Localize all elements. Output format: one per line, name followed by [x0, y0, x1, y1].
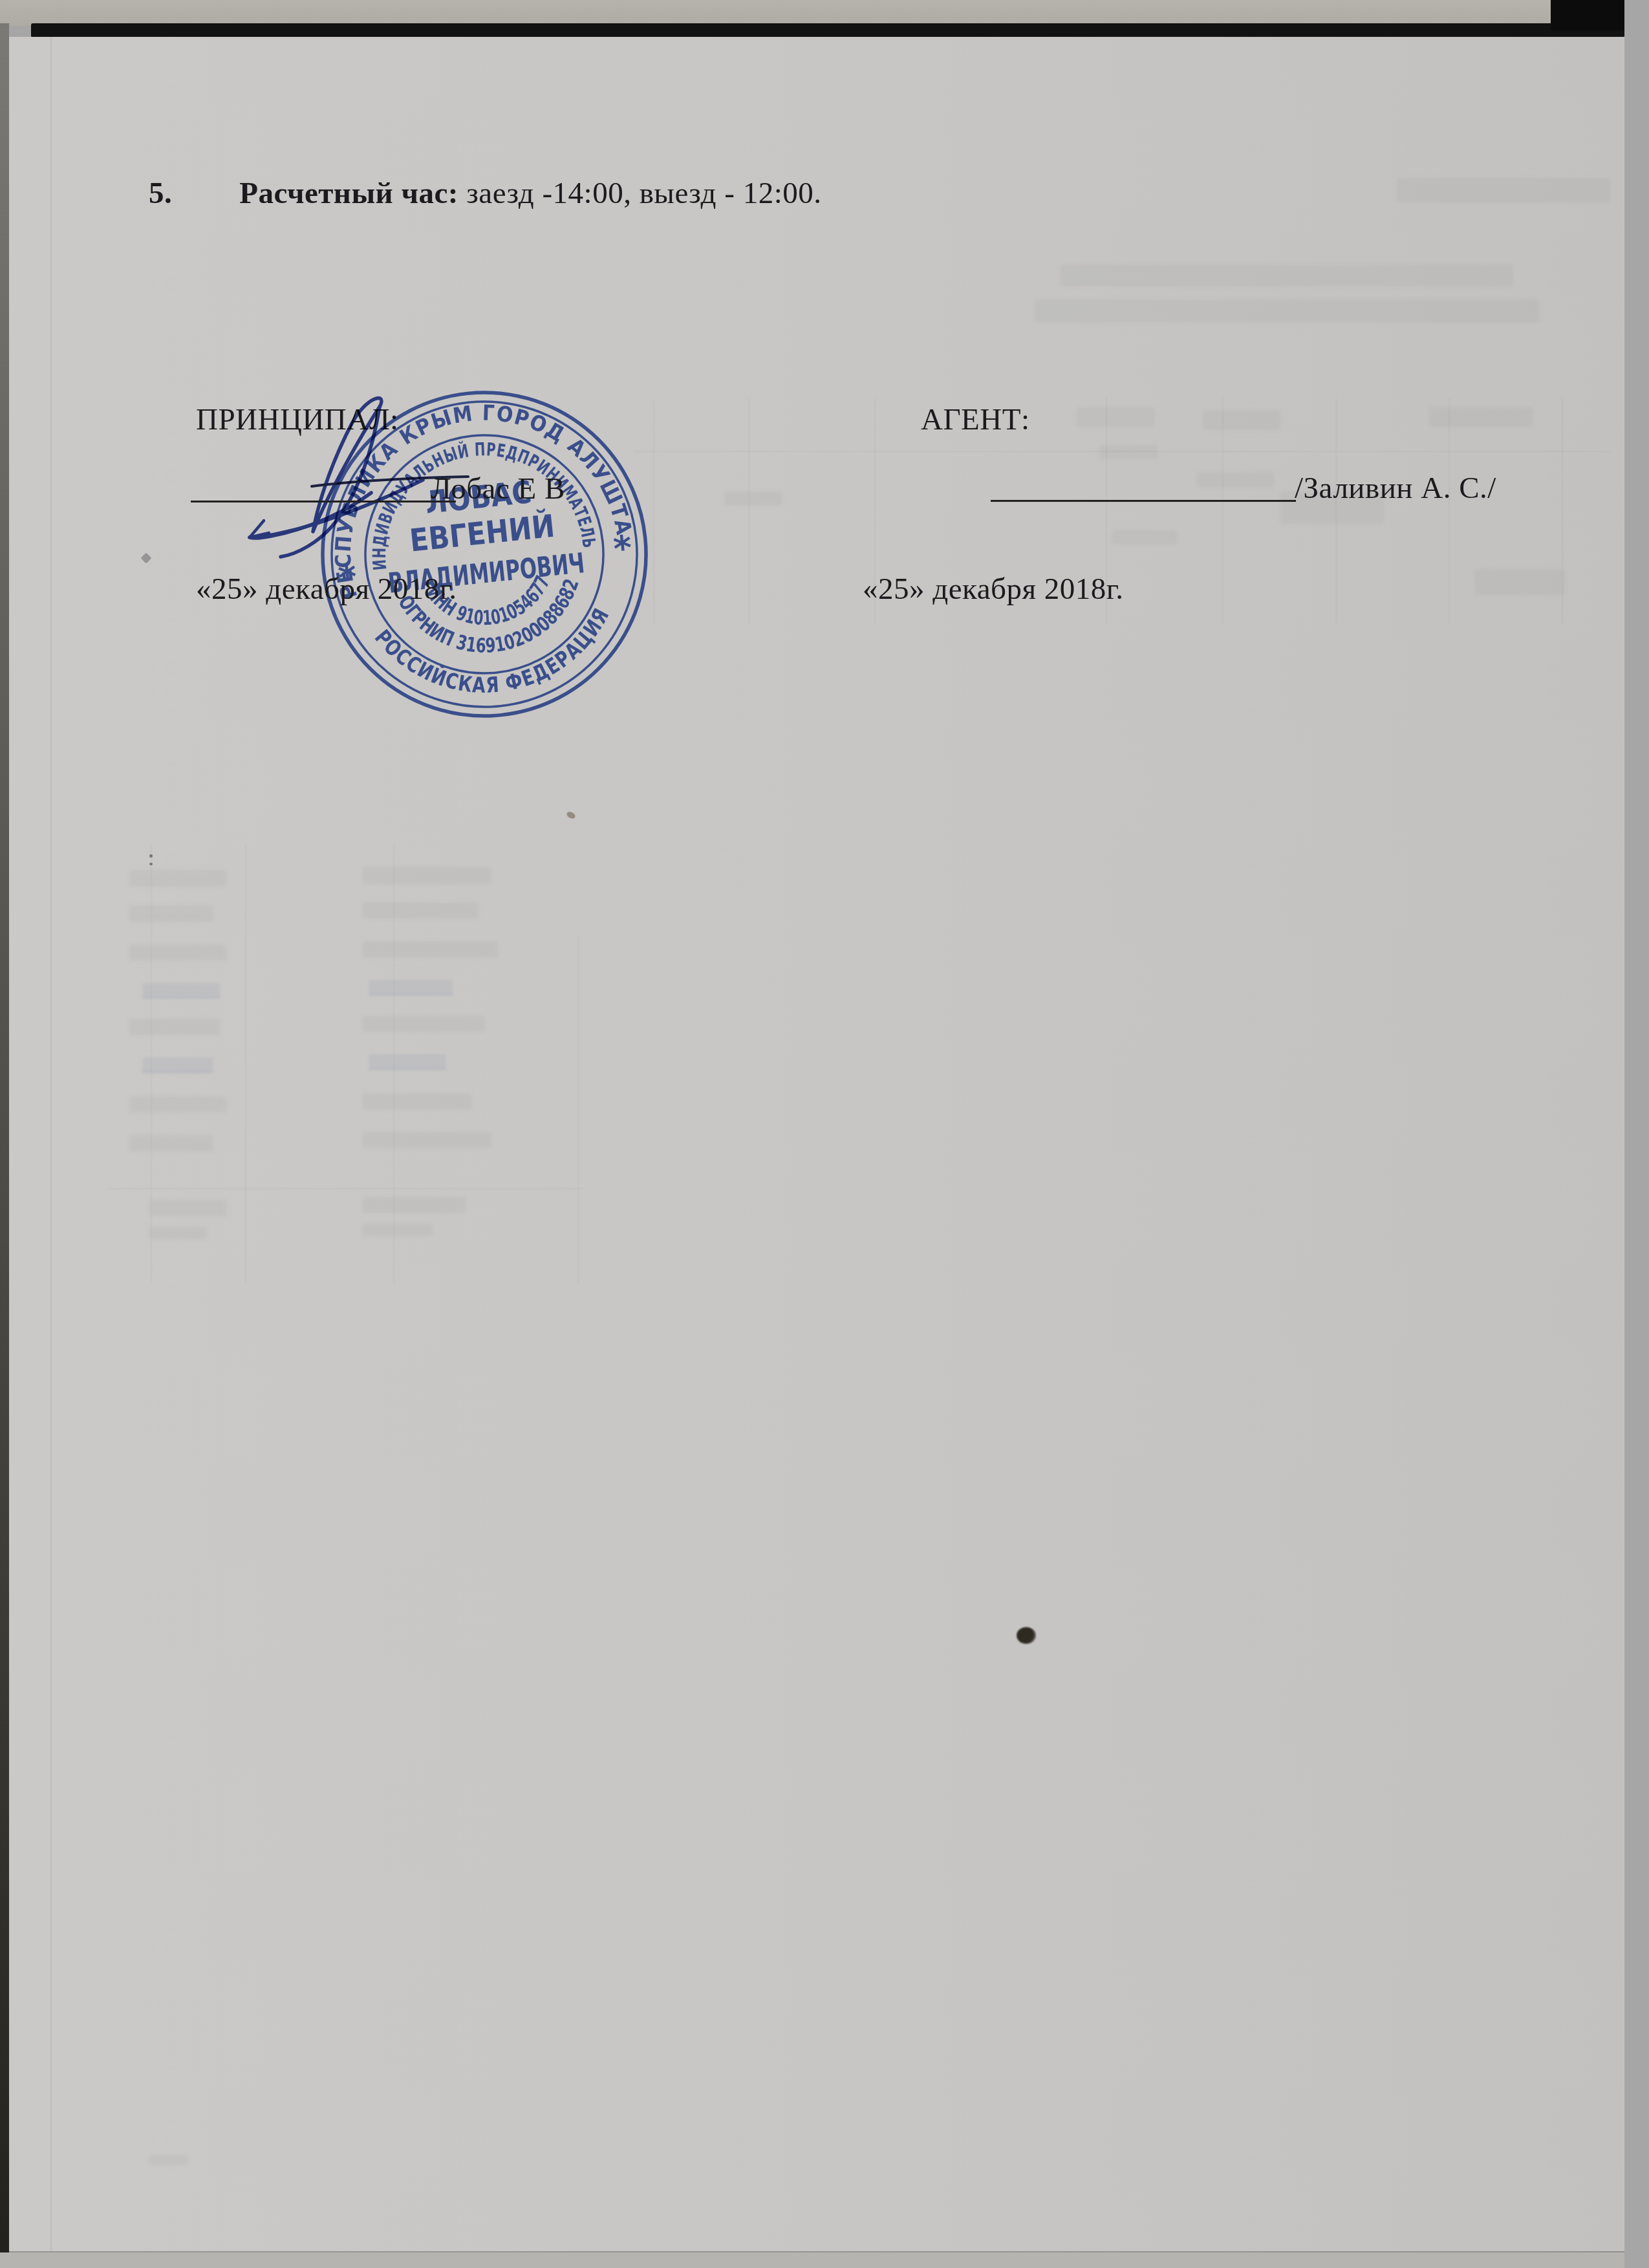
bleedthrough-artifact: [129, 905, 213, 922]
principal-name: Лобас Е В: [431, 471, 565, 506]
clause-text: заезд -14:00, выезд - 12:00.: [458, 177, 822, 210]
bleedthrough-artifact: [149, 2155, 188, 2165]
bleedthrough-artifact: [362, 867, 491, 885]
signature-arrowhead: [250, 521, 269, 537]
signature-stroke: [250, 480, 423, 537]
bleedthrough-artifact: [362, 1093, 472, 1110]
bleedthrough-artifact: [369, 1054, 446, 1070]
dust-speck: [149, 863, 153, 865]
bleedthrough-artifact: [142, 1057, 213, 1073]
bleedthrough-artifact: [362, 1132, 491, 1149]
clause-5-line: 5.Расчетный час: заезд -14:00, выезд - 1…: [149, 176, 821, 211]
scan-corner-black: [1551, 0, 1624, 30]
page-top-shadow: [31, 23, 1624, 38]
bleedthrough-rule: [107, 1188, 585, 1189]
bleedthrough-artifact: [149, 1227, 207, 1240]
bleedthrough-artifact: [724, 491, 782, 506]
bleedthrough-artifact: [129, 1019, 220, 1035]
clause-label: Расчетный час:: [239, 177, 458, 210]
bleedthrough-artifact: [1203, 411, 1280, 430]
bleedthrough-rule: [1449, 398, 1450, 624]
scanner-left-edge: [0, 23, 9, 2252]
bleedthrough-artifact: [1397, 178, 1610, 202]
signature-stroke: [250, 493, 371, 538]
bleedthrough-artifact: [1099, 445, 1158, 459]
dust-speck: [149, 854, 153, 858]
agent-header: АГЕНТ:: [921, 402, 1030, 437]
bleedthrough-artifact: [1112, 530, 1177, 545]
scanned-document: 5.Расчетный час: заезд -14:00, выезд - 1…: [0, 0, 1649, 2268]
bleedthrough-artifact: [1077, 407, 1154, 427]
bleedthrough-artifact: [362, 1015, 485, 1032]
principal-date: «25» декабря 2018г.: [196, 572, 457, 607]
bleedthrough-artifact: [1061, 265, 1513, 286]
bleedthrough-artifact: [362, 1196, 466, 1213]
document-page: 5.Расчетный час: заезд -14:00, выезд - 1…: [9, 37, 1624, 2252]
bleedthrough-rule: [577, 936, 579, 1285]
bleedthrough-artifact: [362, 1224, 433, 1237]
agent-name: /Заливин А. С./: [1295, 471, 1496, 506]
bleedthrough-rule: [245, 844, 246, 1284]
bleedthrough-artifact: [129, 1096, 226, 1113]
principal-signature-line: [191, 501, 456, 502]
bleedthrough-artifact: [362, 902, 479, 919]
scanner-top-strip: [0, 0, 1624, 26]
bleedthrough-artifact: [1429, 407, 1533, 427]
bleedthrough-artifact: [1196, 472, 1274, 488]
bleedthrough-artifact: [362, 941, 498, 958]
bleedthrough-artifact: [369, 980, 453, 995]
bleedthrough-artifact: [129, 1135, 213, 1152]
agent-date: «25» декабря 2018г.: [863, 572, 1124, 607]
bleedthrough-artifact: [1474, 569, 1565, 595]
bleedthrough-artifact: [129, 944, 226, 961]
agent-signature-line: [991, 500, 1296, 502]
scanner-right-strip: [1624, 0, 1649, 2268]
bleedthrough-layer: [9, 37, 1624, 2252]
clause-number: 5.: [149, 177, 172, 210]
bleedthrough-artifact: [129, 870, 226, 887]
scanner-bottom-strip: [0, 2252, 1624, 2268]
bleedthrough-artifact: [1035, 299, 1539, 323]
dust-speck: [1017, 1627, 1036, 1644]
bleedthrough-artifact: [149, 1200, 226, 1216]
bleedthrough-rule: [1222, 398, 1223, 624]
bleedthrough-rule: [748, 398, 749, 624]
bleedthrough-artifact: [142, 983, 220, 999]
